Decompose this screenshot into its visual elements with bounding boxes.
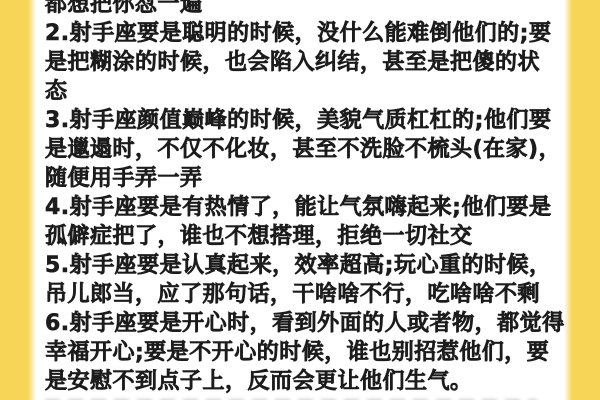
text-line: 态 [45,77,557,106]
text-line: 吊儿郎当，应了那句话，干啥啥不行，吃啥啥不剩 [45,280,557,309]
text-line: 幸福开心;要是不开心的时候，谁也别招惹他们，要 [45,338,557,367]
text-line: 是把糊涂的时候，也会陷入纠结，甚至是把傻的状 [45,48,557,77]
text-line: 是邋遢时，不仅不化妆，甚至不洗脸不梳头(在家)， [45,135,557,164]
text-line: 孤僻症把了，谁也不想搭理，拒绝一切社交 [45,222,557,251]
text-line: 2.射手座要是聪明的时候，没什么能难倒他们的;要 [45,19,557,48]
text-line: 5.射手座要是认真起来，效率超高;玩心重的时候， [45,251,557,280]
text-content: 都想把你怼一遍 2.射手座要是聪明的时候，没什么能难倒他们的;要 是把糊涂的时候… [45,0,557,400]
text-line: 随便用手弄一弄 [45,164,557,193]
text-line: 是安慰不到点子上，反而会更让他们生气。 [45,367,557,396]
right-accent-bar [564,0,600,400]
text-line: 6.射手座要是开心时，看到外面的人或者物，都觉得 [45,309,557,338]
text-line: 3.射手座颜值巅峰的时候，美貌气质杠杠的;他们要 [45,106,557,135]
text-line: 4.射手座要是有热情了，能让气氛嗨起来;他们要是 [45,193,557,222]
clipped-top-text-line: 都想把你怼一遍 [45,0,557,19]
left-accent-bar [0,0,36,400]
